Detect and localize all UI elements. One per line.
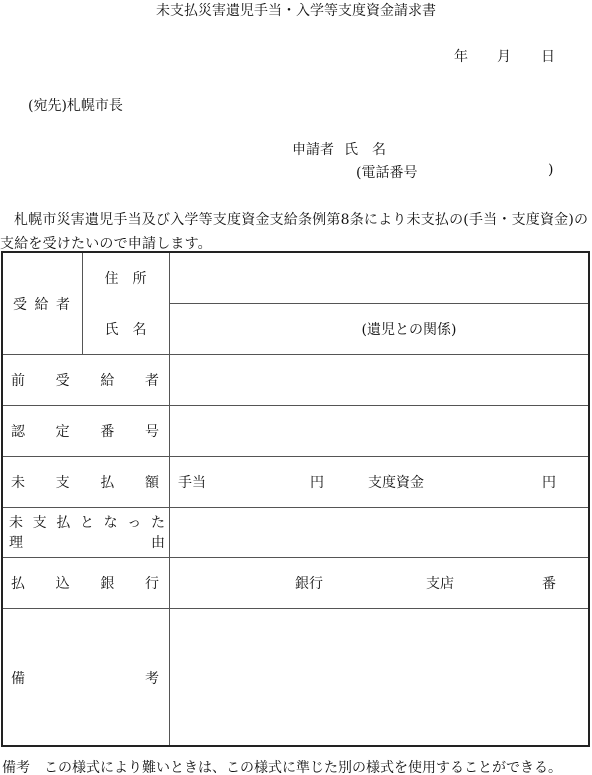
label-char: 理 bbox=[9, 533, 23, 553]
address-label: 住 所 bbox=[82, 253, 169, 303]
remarks-field[interactable] bbox=[170, 609, 588, 747]
remarks-label: 備 考 bbox=[3, 609, 169, 747]
bank-unit: 銀行 bbox=[295, 573, 323, 593]
unpaid-amount-label: 未 支 払 額 bbox=[3, 457, 169, 507]
preparation-fund-label: 支度資金 bbox=[368, 472, 424, 492]
request-statement: 札幌市災害遺児手当及び入学等支度資金支給条例第8条により未支払の(手当・支度資金… bbox=[0, 208, 592, 256]
label-char: 銀 bbox=[100, 573, 114, 593]
application-table: 受 給 者 住 所 氏 名 (遺児との関係) 前 受 給 者 認 定 番 号 未… bbox=[1, 251, 590, 747]
address-field[interactable] bbox=[170, 253, 588, 303]
unpaid-reason-label: 未 支 払 と な っ た 理 由 bbox=[3, 508, 169, 557]
label-char: 給 bbox=[35, 294, 49, 314]
date-month-label: 月 bbox=[497, 46, 511, 66]
date-year-label: 年 bbox=[454, 46, 468, 66]
label-char: 番 bbox=[100, 421, 114, 441]
label-char: と bbox=[80, 513, 94, 533]
label-line: 理 由 bbox=[9, 533, 165, 553]
bank-label: 払 込 銀 行 bbox=[3, 558, 169, 608]
previous-recipient-field[interactable] bbox=[170, 355, 588, 405]
label-char: 支 bbox=[33, 513, 47, 533]
bank-field[interactable]: 銀行 支店 番 bbox=[170, 558, 588, 608]
label-char: 額 bbox=[145, 472, 159, 492]
label-char: 未 bbox=[11, 472, 25, 492]
certification-number-field[interactable] bbox=[170, 406, 588, 456]
number-unit: 番 bbox=[542, 573, 556, 593]
applicant-label: 申請者 bbox=[292, 142, 334, 158]
label-char: 者 bbox=[56, 294, 70, 314]
label-char: 給 bbox=[100, 370, 114, 390]
relation-label: (遺児との関係) bbox=[362, 319, 457, 339]
label-char: 受 bbox=[56, 370, 70, 390]
label-char: 受 bbox=[13, 294, 27, 314]
label-char: 未 bbox=[9, 513, 23, 533]
label-char: な bbox=[104, 513, 118, 533]
date-day-label: 日 bbox=[541, 46, 555, 66]
applicant-name-label: 氏 名 bbox=[344, 142, 386, 158]
label-char: 者 bbox=[145, 370, 159, 390]
footnote: 備考 この様式により難いときは、この様式に準じた別の様式を使用することができる。 bbox=[2, 757, 562, 775]
label-char: 名 bbox=[133, 319, 147, 339]
label-char: 払 bbox=[56, 513, 70, 533]
label-char: 備 bbox=[11, 668, 25, 688]
yen-unit: 円 bbox=[542, 472, 556, 492]
label-char: 認 bbox=[11, 421, 25, 441]
branch-unit: 支店 bbox=[426, 573, 454, 593]
label-char: た bbox=[151, 513, 165, 533]
label-char: 支 bbox=[56, 472, 70, 492]
phone-label: (電話番号 bbox=[356, 162, 417, 182]
applicant-line: 申請者氏 名 bbox=[292, 139, 386, 159]
label-char: 定 bbox=[56, 421, 70, 441]
label-char: 所 bbox=[133, 268, 147, 288]
label-char: 払 bbox=[100, 472, 114, 492]
unpaid-reason-field[interactable] bbox=[170, 508, 588, 557]
recipient-name-field[interactable]: (遺児との関係) bbox=[170, 304, 588, 354]
label-char: 込 bbox=[56, 573, 70, 593]
label-char: 前 bbox=[11, 370, 25, 390]
label-char: 住 bbox=[105, 268, 119, 288]
recipient-name-label: 氏 名 bbox=[82, 304, 169, 354]
yen-unit: 円 bbox=[310, 472, 324, 492]
recipient-label: 受 給 者 bbox=[3, 253, 82, 354]
phone-close-paren: ) bbox=[548, 162, 553, 178]
label-char: 払 bbox=[11, 573, 25, 593]
label-char: 号 bbox=[145, 421, 159, 441]
form-title: 未支払災害遺児手当・入学等支度資金請求書 bbox=[0, 0, 592, 20]
label-char: 考 bbox=[145, 668, 159, 688]
allowance-label: 手当 bbox=[178, 472, 206, 492]
label-char: 行 bbox=[145, 573, 159, 593]
label-char: 氏 bbox=[105, 319, 119, 339]
unpaid-amount-field[interactable]: 手当 円 支度資金 円 bbox=[170, 457, 588, 507]
label-line: 未 支 払 と な っ た bbox=[9, 513, 165, 533]
label-char: 由 bbox=[151, 533, 165, 553]
addressee: (宛先)札幌市長 bbox=[28, 95, 123, 115]
label-char: っ bbox=[127, 513, 141, 533]
certification-number-label: 認 定 番 号 bbox=[3, 406, 169, 456]
previous-recipient-label: 前 受 給 者 bbox=[3, 355, 169, 405]
